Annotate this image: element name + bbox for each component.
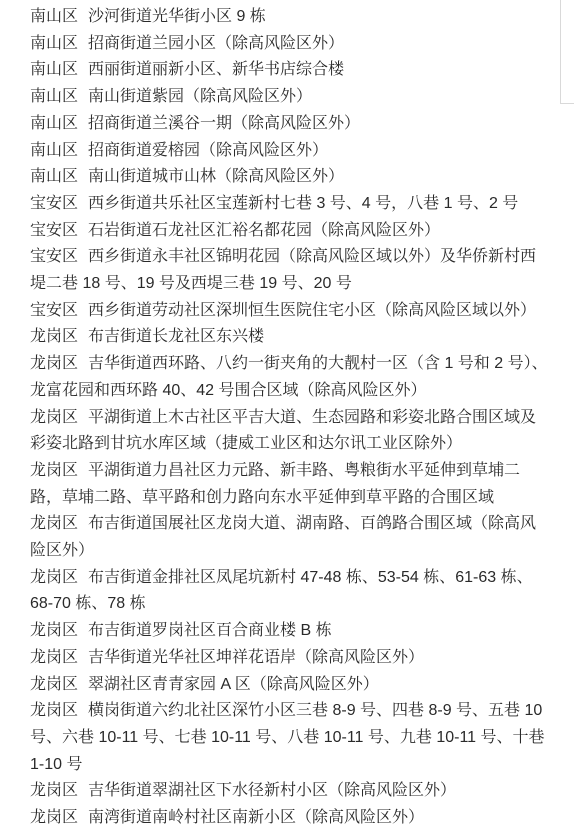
area-text: 布吉街道罗岗社区百合商业楼 B 栋 [88, 622, 332, 639]
district-label: 龙岗区 [30, 355, 78, 372]
cutoff-panel-corner [560, 0, 574, 104]
list-item: 龙岗区布吉街道金排社区凤尾坑新村 47-48 栋、53-54 栋、61-63 栋… [30, 565, 548, 618]
district-label: 龙岗区 [30, 328, 78, 345]
list-item: 宝安区西乡街道劳动社区深圳恒生医院住宅小区（除高风险区域以外） [30, 298, 548, 325]
list-item: 龙岗区翠湖社区青青家园 A 区（除高风险区外） [30, 672, 548, 699]
district-label: 宝安区 [30, 195, 78, 212]
area-text: 平湖街道上木古社区平吉大道、生态园路和彩姿北路合围区域及彩姿北路到甘坑水库区域（… [30, 409, 536, 453]
list-item: 南山区招商街道兰园小区（除高风险区外） [30, 31, 548, 58]
area-text: 西乡街道共乐社区宝莲新村七巷 3 号、4 号，八巷 1 号、2 号 [88, 195, 518, 212]
area-text: 吉华街道翠湖社区下水径新村小区（除高风险区外） [88, 782, 456, 799]
list-item: 龙岗区布吉街道国展社区龙岗大道、湖南路、百鸽路合围区域（除高风险区外） [30, 511, 548, 564]
district-label: 龙岗区 [30, 649, 78, 666]
area-text: 招商街道兰园小区（除高风险区外） [88, 35, 344, 52]
area-text: 布吉街道长龙社区东兴楼 [88, 328, 264, 345]
district-label: 龙岗区 [30, 782, 78, 799]
list-item: 龙岗区布吉街道罗岗社区百合商业楼 B 栋 [30, 618, 548, 645]
district-label: 宝安区 [30, 222, 78, 239]
area-text: 招商街道兰溪谷一期（除高风险区外） [88, 115, 360, 132]
list-item: 龙岗区吉华街道光华社区坤祥花语岸（除高风险区外） [30, 645, 548, 672]
area-text: 布吉街道国展社区龙岗大道、湖南路、百鸽路合围区域（除高风险区外） [30, 515, 536, 559]
list-item: 龙岗区吉华街道翠湖社区下水径新村小区（除高风险区外） [30, 778, 548, 805]
district-label: 龙岗区 [30, 809, 78, 826]
list-item: 龙岗区南湾街道南岭村社区南新小区（除高风险区外） [30, 805, 548, 827]
area-text: 石岩街道石龙社区汇裕名都花园（除高风险区外） [88, 222, 440, 239]
list-item: 龙岗区平湖街道力昌社区力元路、新丰路、粤粮街水平延伸到草埔二路，草埔二路、草平路… [30, 458, 548, 511]
area-text: 招商街道爱榕园（除高风险区外） [88, 142, 328, 159]
area-text: 布吉街道金排社区凤尾坑新村 47-48 栋、53-54 栋、61-63 栋、68… [30, 569, 533, 613]
list-item: 南山区南山街道紫园（除高风险区外） [30, 84, 548, 111]
risk-area-document: 南山区沙河街道光华街小区 9 栋 南山区招商街道兰园小区（除高风险区外） 南山区… [0, 0, 574, 827]
district-label: 南山区 [30, 8, 78, 25]
list-item: 南山区招商街道兰溪谷一期（除高风险区外） [30, 111, 548, 138]
district-label: 南山区 [30, 35, 78, 52]
area-text: 西乡街道劳动社区深圳恒生医院住宅小区（除高风险区域以外） [88, 302, 536, 319]
district-label: 南山区 [30, 88, 78, 105]
area-text: 平湖街道力昌社区力元路、新丰路、粤粮街水平延伸到草埔二路，草埔二路、草平路和创力… [30, 462, 520, 506]
risk-area-list: 南山区沙河街道光华街小区 9 栋 南山区招商街道兰园小区（除高风险区外） 南山区… [30, 4, 548, 827]
area-text: 南山街道城市山林（除高风险区外） [88, 168, 344, 185]
area-text: 吉华街道光华社区坤祥花语岸（除高风险区外） [88, 649, 424, 666]
list-item: 龙岗区吉华街道西环路、八约一街夹角的大靓村一区（含 1 号和 2 号）、龙富花园… [30, 351, 548, 404]
list-item: 宝安区西乡街道永丰社区锦明花园（除高风险区域以外）及华侨新村西堤二巷 18 号、… [30, 244, 548, 297]
area-text: 西丽街道丽新小区、新华书店综合楼 [88, 61, 344, 78]
list-item: 宝安区西乡街道共乐社区宝莲新村七巷 3 号、4 号，八巷 1 号、2 号 [30, 191, 548, 218]
district-label: 龙岗区 [30, 462, 78, 479]
list-item: 龙岗区布吉街道长龙社区东兴楼 [30, 324, 548, 351]
district-label: 龙岗区 [30, 409, 78, 426]
district-label: 南山区 [30, 142, 78, 159]
area-text: 横岗街道六约北社区深竹小区三巷 8-9 号、四巷 8-9 号、五巷 10 号、六… [30, 702, 545, 772]
district-label: 南山区 [30, 168, 78, 185]
area-text: 沙河街道光华街小区 9 栋 [88, 8, 266, 25]
area-text: 吉华街道西环路、八约一街夹角的大靓村一区（含 1 号和 2 号）、龙富花园和西环… [30, 355, 548, 399]
area-text: 南湾街道南岭村社区南新小区（除高风险区外） [88, 809, 424, 826]
district-label: 龙岗区 [30, 622, 78, 639]
district-label: 宝安区 [30, 248, 78, 265]
district-label: 龙岗区 [30, 676, 78, 693]
list-item: 南山区招商街道爱榕园（除高风险区外） [30, 138, 548, 165]
district-label: 龙岗区 [30, 702, 78, 719]
district-label: 龙岗区 [30, 515, 78, 532]
area-text: 南山街道紫园（除高风险区外） [88, 88, 312, 105]
area-text: 翠湖社区青青家园 A 区（除高风险区外） [88, 676, 379, 693]
list-item: 南山区南山街道城市山林（除高风险区外） [30, 164, 548, 191]
district-label: 龙岗区 [30, 569, 78, 586]
list-item: 龙岗区平湖街道上木古社区平吉大道、生态园路和彩姿北路合围区域及彩姿北路到甘坑水库… [30, 405, 548, 458]
list-item: 宝安区石岩街道石龙社区汇裕名都花园（除高风险区外） [30, 218, 548, 245]
area-text: 西乡街道永丰社区锦明花园（除高风险区域以外）及华侨新村西堤二巷 18 号、19 … [30, 248, 536, 292]
district-label: 南山区 [30, 115, 78, 132]
district-label: 南山区 [30, 61, 78, 78]
list-item: 南山区沙河街道光华街小区 9 栋 [30, 4, 548, 31]
list-item: 南山区西丽街道丽新小区、新华书店综合楼 [30, 57, 548, 84]
list-item: 龙岗区横岗街道六约北社区深竹小区三巷 8-9 号、四巷 8-9 号、五巷 10 … [30, 698, 548, 778]
district-label: 宝安区 [30, 302, 78, 319]
